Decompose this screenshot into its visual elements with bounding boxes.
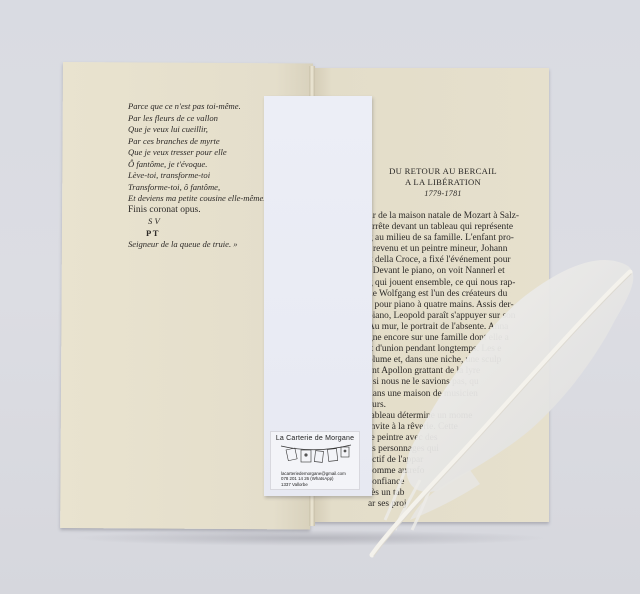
body-line: dans une maison de musicien (368, 389, 550, 400)
body-line: ant Apollon grattant de la lyre (368, 366, 550, 377)
chapter-years: 1779-1781 (368, 188, 518, 199)
body-line: Au mur, le portrait de l'absente. Anna (368, 322, 550, 333)
body-line: invite à la rêverie. Cette (368, 422, 550, 433)
body-line: rès un tab (368, 488, 550, 499)
body-line: k della Croce, a fixé l'événement pour (368, 255, 550, 266)
body-line: ar ses proj (368, 499, 550, 510)
body-line: gne encore sur une famille dont elle a (368, 333, 550, 344)
body-line: plume et, dans une niche, une sculp (368, 355, 550, 366)
bookmark-address: 1337 Vallorbe (271, 482, 359, 487)
body-line: es personnages qui (368, 444, 550, 455)
body-line: le peintre avec des (368, 433, 550, 444)
body-line: it d'union pendant longtemps. Les e (368, 344, 550, 355)
body-line: ue Wolfgang est l'un des créateurs du (368, 289, 550, 300)
bookmark-label: La Carterie de Morgane lacarteriedemorga… (270, 431, 360, 490)
body-line: . Devant le piano, on voit Nannerl et (368, 266, 550, 277)
bookmark: La Carterie de Morgane lacarteriedemorga… (264, 96, 372, 496)
body-line: comme autrefo (368, 466, 550, 477)
bookmark-brand: La Carterie de Morgane (271, 435, 359, 442)
body-line: t revenu et un peintre mineur, Johann (368, 244, 550, 255)
body-line: arrête devant un tableau qui représente (368, 222, 550, 233)
body-line: confiance (368, 477, 550, 488)
body-line: piano, Leopold paraît s'appuyer sur son (368, 311, 550, 322)
body-line: tableau détermine un mome (368, 411, 550, 422)
body-line: ectif de l'appar (368, 455, 550, 466)
body-line: ur de la maison natale de Mozart à Salz- (368, 211, 550, 222)
chapter-heading: DU RETOUR AU BERCAIL A LA LIBÉRATION 177… (368, 166, 518, 199)
chapter-title-line-2: A LA LIBÉRATION (368, 177, 518, 188)
chapter-title-line-1: DU RETOUR AU BERCAIL (368, 166, 518, 177)
body-line: , si nous ne le savions pas, qu (368, 377, 550, 388)
body-line: e pour piano à quatre mains. Assis der- (368, 300, 550, 311)
body-line: g qui jouent ensemble, ce qui nous rap- (368, 278, 550, 289)
book-shadow (70, 530, 550, 546)
body-line: eurs. (368, 400, 550, 411)
body-line: g au milieu de sa famille. L'enfant pro- (368, 233, 550, 244)
clothesline-cards-icon (271, 442, 359, 466)
right-page-body: ur de la maison natale de Mozart à Salz-… (368, 211, 550, 511)
